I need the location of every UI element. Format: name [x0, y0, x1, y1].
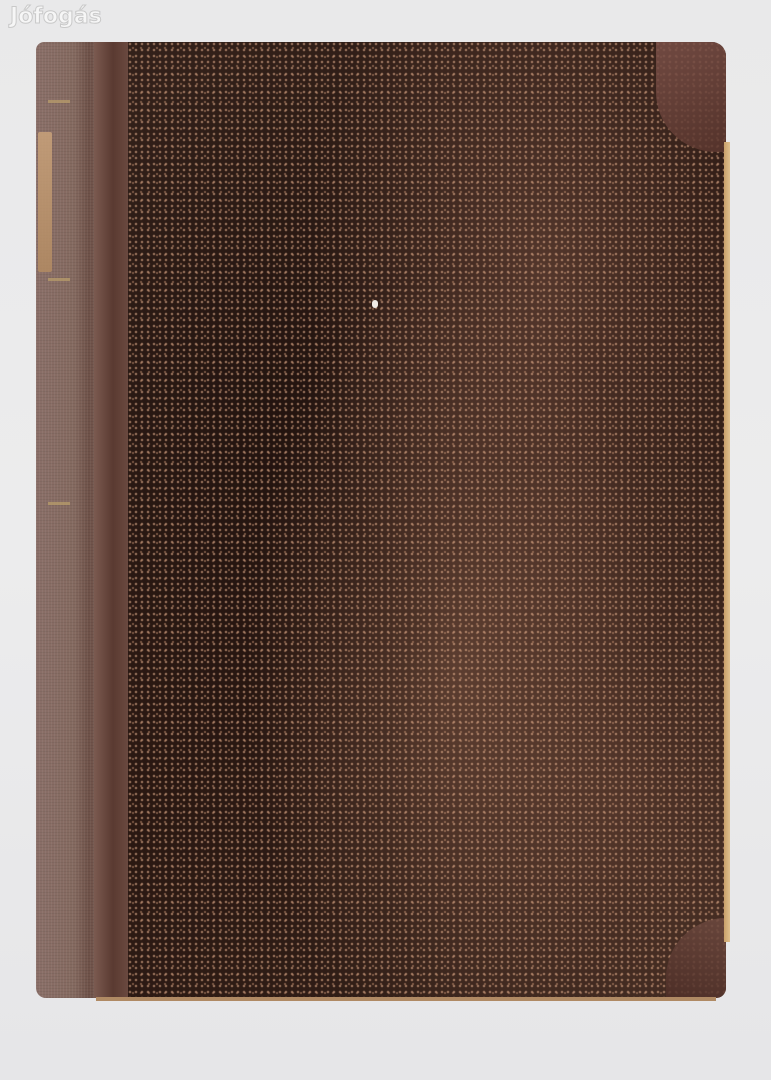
page-bottom-edge — [96, 997, 716, 1001]
gilt-band — [48, 278, 70, 281]
gilt-band — [48, 502, 70, 505]
front-cover — [128, 42, 726, 998]
book — [36, 42, 726, 998]
gilt-band — [48, 100, 70, 103]
book-hinge — [94, 42, 132, 998]
cover-corner-top-right — [656, 42, 726, 152]
spine-label — [38, 132, 52, 272]
cover-speck — [372, 300, 378, 308]
watermark-logo: Jófogás — [10, 4, 102, 29]
cover-corner-bottom-right — [666, 918, 726, 998]
page-fore-edge — [724, 142, 730, 942]
